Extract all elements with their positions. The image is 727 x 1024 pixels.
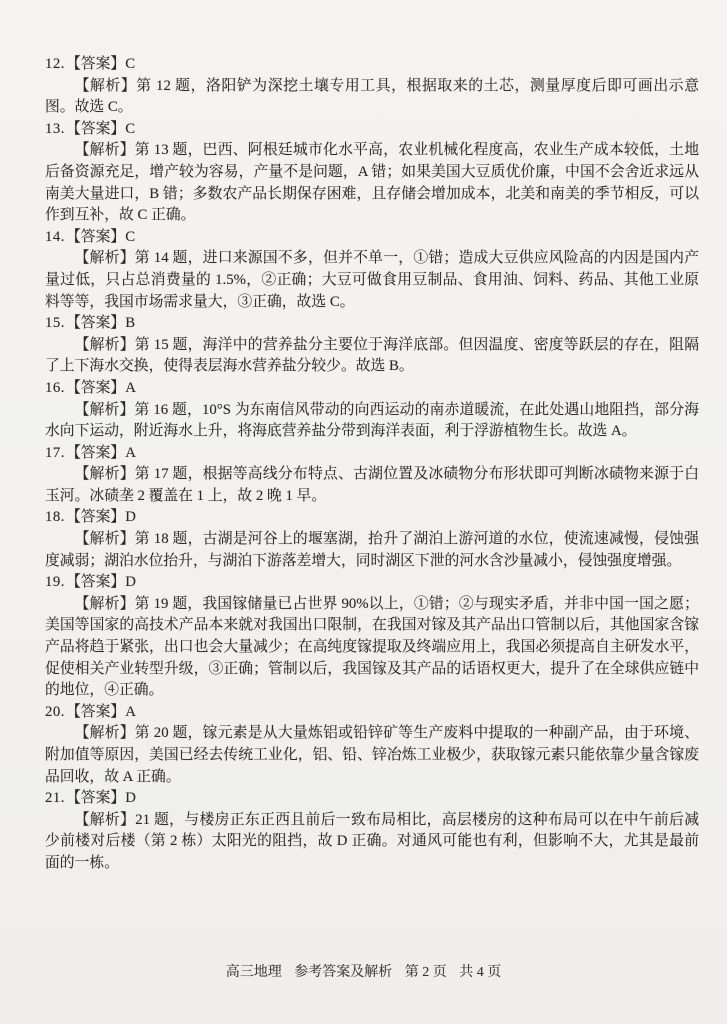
question-number: 12. bbox=[45, 56, 66, 72]
footer-page-total: 共 4 页 bbox=[459, 963, 501, 983]
answer-item: 20.【答案】A 【解析】第 20 题，镓元素是从大量炼铝或铅锌矿等生产废料中提… bbox=[45, 702, 699, 788]
answer-value: B bbox=[125, 315, 135, 331]
analysis-paragraph: 【解析】第 19 题，我国镓储量已占世界 90%以上，①错；②与现实矛盾，并非中… bbox=[45, 594, 699, 702]
analysis-label: 【解析】 bbox=[75, 725, 135, 741]
analysis-paragraph: 【解析】第 17 题，根据等高线分布特点、古湖位置及冰碛物分布形状即可判断冰碛物… bbox=[45, 464, 699, 507]
analysis-text: 第 12 题，洛阳铲为深挖土壤专用工具，根据取来的土芯，测量厚度后即可画出示意图… bbox=[45, 78, 699, 116]
analysis-paragraph: 【解析】第 13 题，巴西、阿根廷城市化水平高，农业机械化程度高，农业生产成本较… bbox=[45, 140, 699, 226]
analysis-text: 第 16 题，10°S 为东南信风带动的向西运动的南赤道暖流，在此处遇山地阻挡，… bbox=[45, 402, 699, 440]
answer-value: D bbox=[125, 574, 136, 590]
question-number: 21. bbox=[45, 790, 66, 806]
question-number: 17. bbox=[45, 445, 66, 461]
answer-line: 16.【答案】A bbox=[45, 378, 699, 400]
answer-item: 15.【答案】B 【解析】第 15 题，海洋中的营养盐分主要位于海洋底部。但因温… bbox=[45, 313, 699, 378]
analysis-label: 【解析】 bbox=[75, 812, 136, 828]
answer-line: 13.【答案】C bbox=[45, 119, 699, 141]
analysis-text: 第 13 题，巴西、阿根廷城市化水平高，农业机械化程度高，农业生产成本较低，土地… bbox=[45, 142, 699, 223]
footer-page-number: 第 2 页 bbox=[405, 963, 447, 983]
analysis-text: 第 15 题，海洋中的营养盐分主要位于海洋底部。但因温度、密度等跃层的存在，阻隔… bbox=[45, 337, 699, 375]
answer-value: D bbox=[125, 790, 136, 806]
answer-label: 【答案】 bbox=[66, 315, 125, 331]
answer-label: 【答案】 bbox=[66, 445, 125, 461]
answer-label: 【答案】 bbox=[66, 56, 125, 72]
answer-line: 17.【答案】A bbox=[45, 443, 699, 465]
answer-line: 14.【答案】C bbox=[45, 227, 699, 249]
answer-label: 【答案】 bbox=[66, 229, 125, 245]
answer-item: 17.【答案】A 【解析】第 17 题，根据等高线分布特点、古湖位置及冰碛物分布… bbox=[45, 443, 699, 508]
answer-item: 16.【答案】A 【解析】第 16 题，10°S 为东南信风带动的向西运动的南赤… bbox=[45, 378, 699, 443]
question-number: 16. bbox=[45, 380, 66, 396]
answer-value: A bbox=[125, 445, 136, 461]
analysis-label: 【解析】 bbox=[75, 250, 135, 266]
answer-value: A bbox=[125, 704, 136, 720]
analysis-label: 【解析】 bbox=[75, 466, 135, 482]
answer-label: 【答案】 bbox=[66, 380, 125, 396]
answer-item: 21.【答案】D 【解析】21 题，与楼房正东正西且前后一致布局相比，高层楼房的… bbox=[45, 788, 699, 874]
answer-value: C bbox=[125, 229, 135, 245]
document-page: 12.【答案】C 【解析】第 12 题，洛阳铲为深挖土壤专用工具，根据取来的土芯… bbox=[0, 0, 727, 1024]
analysis-text: 第 19 题，我国镓储量已占世界 90%以上，①错；②与现实矛盾，并非中国一国之… bbox=[45, 596, 699, 698]
question-number: 14. bbox=[45, 229, 66, 245]
answer-line: 19.【答案】D bbox=[45, 572, 699, 594]
question-number: 19. bbox=[45, 574, 66, 590]
analysis-paragraph: 【解析】第 12 题，洛阳铲为深挖土壤专用工具，根据取来的土芯，测量厚度后即可画… bbox=[45, 76, 699, 119]
analysis-text: 第 17 题，根据等高线分布特点、古湖位置及冰碛物分布形状即可判断冰碛物来源于白… bbox=[45, 466, 699, 504]
footer-course: 高三地理 bbox=[226, 963, 282, 983]
analysis-paragraph: 【解析】第 14 题，进口来源国不多，但并不单一，①错；造成大豆供应风险高的内因… bbox=[45, 248, 699, 313]
analysis-text: 第 18 题，古湖是河谷上的堰塞湖，抬升了湖泊上游河道的水位，使流速减慢，侵蚀强… bbox=[45, 531, 699, 569]
analysis-label: 【解析】 bbox=[75, 531, 135, 547]
analysis-paragraph: 【解析】第 16 题，10°S 为东南信风带动的向西运动的南赤道暖流，在此处遇山… bbox=[45, 400, 699, 443]
answer-line: 20.【答案】A bbox=[45, 702, 699, 724]
analysis-text: 第 14 题，进口来源国不多，但并不单一，①错；造成大豆供应风险高的内因是国内产… bbox=[45, 250, 699, 309]
answer-value: C bbox=[125, 56, 135, 72]
answer-item: 14.【答案】C 【解析】第 14 题，进口来源国不多，但并不单一，①错；造成大… bbox=[45, 227, 699, 313]
page-footer: 高三地理 参考答案及解析 第 2 页 共 4 页 bbox=[0, 963, 727, 983]
answer-line: 21.【答案】D bbox=[45, 788, 699, 810]
answer-label: 【答案】 bbox=[66, 121, 125, 137]
analysis-paragraph: 【解析】第 15 题，海洋中的营养盐分主要位于海洋底部。但因温度、密度等跃层的存… bbox=[45, 335, 699, 378]
answer-label: 【答案】 bbox=[66, 790, 125, 806]
question-number: 18. bbox=[45, 509, 66, 525]
analysis-label: 【解析】 bbox=[75, 337, 135, 353]
analysis-label: 【解析】 bbox=[75, 78, 137, 94]
answer-value: D bbox=[125, 509, 136, 525]
answer-label: 【答案】 bbox=[66, 574, 125, 590]
analysis-label: 【解析】 bbox=[75, 596, 135, 612]
answer-value: A bbox=[125, 380, 136, 396]
question-number: 15. bbox=[45, 315, 66, 331]
answer-item: 12.【答案】C 【解析】第 12 题，洛阳铲为深挖土壤专用工具，根据取来的土芯… bbox=[45, 54, 699, 119]
analysis-text: 第 20 题，镓元素是从大量炼铝或铅锌矿等生产废料中提取的一种副产品，由于环境、… bbox=[45, 725, 699, 784]
answer-item: 13.【答案】C 【解析】第 13 题，巴西、阿根廷城市化水平高，农业机械化程度… bbox=[45, 119, 699, 227]
answer-item: 18.【答案】D 【解析】第 18 题，古湖是河谷上的堰塞湖，抬升了湖泊上游河道… bbox=[45, 507, 699, 572]
analysis-label: 【解析】 bbox=[75, 142, 135, 158]
answer-line: 15.【答案】B bbox=[45, 313, 699, 335]
analysis-text: 21 题，与楼房正东正西且前后一致布局相比，高层楼房的这种布局可以在中午前后减少… bbox=[45, 812, 699, 871]
answer-line: 12.【答案】C bbox=[45, 54, 699, 76]
analysis-paragraph: 【解析】21 题，与楼房正东正西且前后一致布局相比，高层楼房的这种布局可以在中午… bbox=[45, 810, 699, 875]
question-number: 20. bbox=[45, 704, 66, 720]
answer-label: 【答案】 bbox=[66, 704, 125, 720]
analysis-paragraph: 【解析】第 18 题，古湖是河谷上的堰塞湖，抬升了湖泊上游河道的水位，使流速减慢… bbox=[45, 529, 699, 572]
question-number: 13. bbox=[45, 121, 66, 137]
answer-key-content: 12.【答案】C 【解析】第 12 题，洛阳铲为深挖土壤专用工具，根据取来的土芯… bbox=[45, 54, 699, 875]
analysis-paragraph: 【解析】第 20 题，镓元素是从大量炼铝或铅锌矿等生产废料中提取的一种副产品，由… bbox=[45, 723, 699, 788]
answer-label: 【答案】 bbox=[66, 509, 125, 525]
answer-line: 18.【答案】D bbox=[45, 507, 699, 529]
analysis-label: 【解析】 bbox=[75, 402, 135, 418]
answer-item: 19.【答案】D 【解析】第 19 题，我国镓储量已占世界 90%以上，①错；②… bbox=[45, 572, 699, 702]
answer-value: C bbox=[125, 121, 135, 137]
footer-title: 参考答案及解析 bbox=[294, 963, 392, 983]
